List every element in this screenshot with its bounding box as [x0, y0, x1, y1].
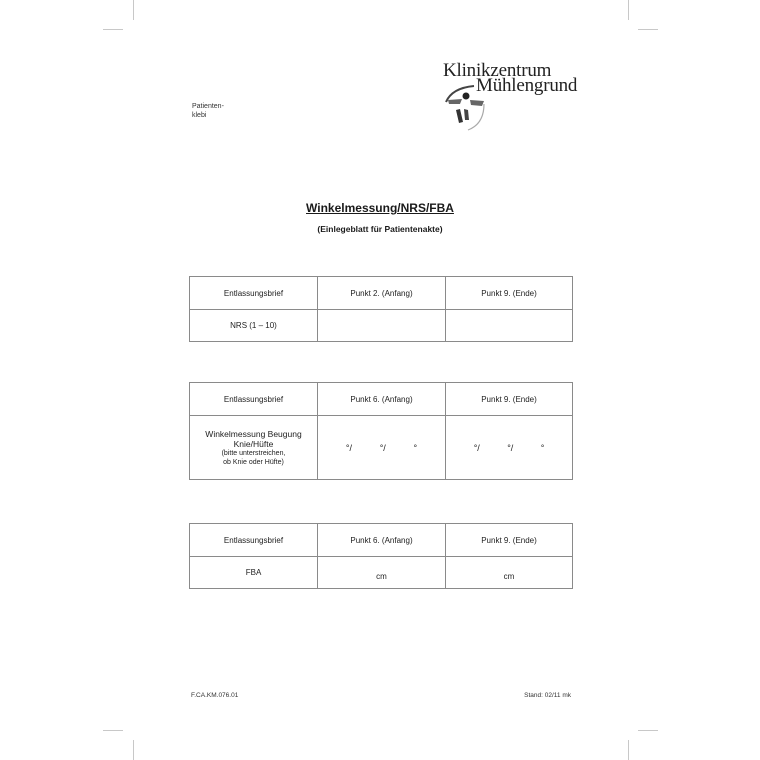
cm-unit: cm [504, 572, 515, 581]
header-cell: Punkt 9. (Ende) [446, 383, 573, 416]
crop-mark [133, 0, 134, 20]
header-cell: Punkt 6. (Anfang) [318, 524, 446, 557]
row-note-line2: ob Knie oder Hüfte) [190, 458, 317, 467]
crop-mark [638, 29, 658, 30]
angle-end-field[interactable]: °/ °/ ° [446, 416, 573, 480]
header-cell: Punkt 9. (Ende) [446, 277, 573, 310]
table-header-row: Entlassungsbrief Punkt 2. (Anfang) Punkt… [190, 277, 573, 310]
header-cell: Punkt 6. (Anfang) [318, 383, 446, 416]
angle-start-field[interactable]: °/ °/ ° [318, 416, 446, 480]
nrs-end-field[interactable] [446, 310, 573, 342]
degree-unit: ° [414, 443, 418, 453]
degree-unit: °/ [474, 443, 480, 453]
crop-mark [638, 730, 658, 731]
clinic-logo-icon [440, 82, 500, 132]
angle-measurement-table: Entlassungsbrief Punkt 6. (Anfang) Punkt… [189, 382, 573, 480]
degree-unit: °/ [380, 443, 386, 453]
revision-stamp: Stand: 02/11 mk [524, 692, 571, 699]
crop-mark [628, 740, 629, 760]
row-label-line2: Knie/Hüfte [190, 439, 317, 449]
table-header-row: Entlassungsbrief Punkt 6. (Anfang) Punkt… [190, 383, 573, 416]
row-label: Winkelmessung Beugung Knie/Hüfte (bitte … [190, 416, 318, 480]
cm-unit: cm [376, 572, 387, 581]
nrs-start-field[interactable] [318, 310, 446, 342]
header-cell: Entlassungsbrief [190, 524, 318, 557]
degree-unit: ° [541, 443, 545, 453]
header-cell: Entlassungsbrief [190, 383, 318, 416]
sticker-line1: Patienten- [192, 102, 224, 111]
degree-unit: °/ [346, 443, 352, 453]
form-code: F.CA.KM.076.01 [191, 692, 238, 699]
crop-mark [103, 29, 123, 30]
nrs-table: Entlassungsbrief Punkt 2. (Anfang) Punkt… [189, 276, 573, 342]
fba-end-field[interactable]: cm [446, 557, 573, 589]
row-label-text: FBA [246, 568, 262, 577]
row-note-line1: (bitte unterstreichen, [190, 449, 317, 458]
row-label: NRS (1 – 10) [190, 310, 318, 342]
row-label-line1: Winkelmessung Beugung [190, 429, 317, 439]
crop-mark [103, 730, 123, 731]
header-cell: Punkt 2. (Anfang) [318, 277, 446, 310]
header-cell: Entlassungsbrief [190, 277, 318, 310]
table-row: FBA cm cm [190, 557, 573, 589]
document-title: Winkelmessung/NRS/FBA [0, 201, 760, 215]
crop-mark [628, 0, 629, 20]
crop-mark [133, 740, 134, 760]
table-row: Winkelmessung Beugung Knie/Hüfte (bitte … [190, 416, 573, 480]
clinic-logo: Klinikzentrum Mühlengrund [440, 60, 580, 130]
table-row: NRS (1 – 10) [190, 310, 573, 342]
patient-sticker-label: Patienten- klebi [192, 102, 224, 120]
row-label: FBA [190, 557, 318, 589]
sticker-line2: klebi [192, 111, 224, 120]
fba-table: Entlassungsbrief Punkt 6. (Anfang) Punkt… [189, 523, 573, 589]
degree-unit: °/ [507, 443, 513, 453]
header-cell: Punkt 9. (Ende) [446, 524, 573, 557]
fba-start-field[interactable]: cm [318, 557, 446, 589]
document-subtitle: (Einlegeblatt für Patientenakte) [0, 224, 760, 234]
table-header-row: Entlassungsbrief Punkt 6. (Anfang) Punkt… [190, 524, 573, 557]
